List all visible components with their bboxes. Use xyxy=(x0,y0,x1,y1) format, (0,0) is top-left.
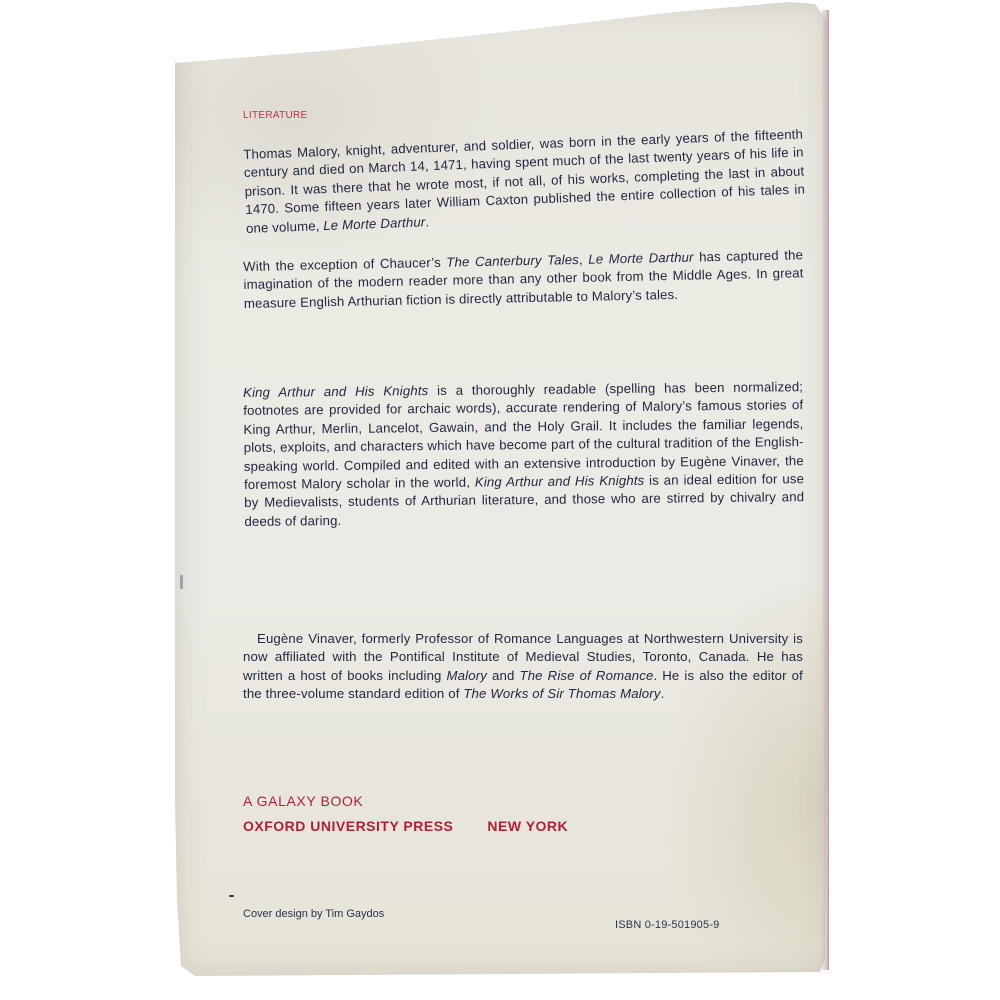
paragraph-text: , xyxy=(579,252,589,267)
paragraph-text: With the exception of Chaucer’s xyxy=(243,255,446,274)
paragraph-text: and xyxy=(487,668,519,683)
cover-design-credit: Cover design by Tim Gaydos xyxy=(243,908,384,920)
blurb-paragraph: King Arthur and His Knights is a thoroug… xyxy=(243,378,805,531)
publisher-city: NEW YORK xyxy=(487,818,568,834)
italic-title-text: Le Morte Darthur xyxy=(323,214,426,233)
italic-title-text: The Canterbury Tales xyxy=(446,252,579,270)
book-spine-edge xyxy=(822,10,829,970)
paragraph-text: . xyxy=(661,686,665,701)
publisher-name: OXFORD UNIVERSITY PRESS xyxy=(243,818,453,834)
publisher-imprint: A GALAXY BOOK OXFORD UNIVERSITY PRESSNEW… xyxy=(243,793,568,834)
italic-title-text: The Rise of Romance xyxy=(519,668,653,683)
paper-blemish xyxy=(229,895,234,897)
isbn-number: ISBN 0-19-501905-9 xyxy=(615,919,720,931)
category-label: LITERATURE xyxy=(243,110,308,121)
italic-title-text: The Works of Sir Thomas Mal­ory xyxy=(463,686,660,701)
italic-title-text: Malory xyxy=(447,668,487,683)
italic-title-text: Le Morte Darthur xyxy=(588,250,694,267)
series-name: A GALAXY BOOK xyxy=(243,793,568,809)
author-bio-paragraph: Eugène Vinaver, formerly Professor of Ro… xyxy=(243,630,803,704)
paper-blemish xyxy=(180,575,183,589)
publisher-line: OXFORD UNIVERSITY PRESSNEW YORK xyxy=(243,818,568,834)
photo-stage: LITERATURE Thomas Malory, knight, advent… xyxy=(0,0,1000,1000)
paragraph-text: . xyxy=(425,214,429,229)
italic-title-text: King Arthur and His Knights xyxy=(243,383,428,400)
italic-title-text: King Arthur and His Knights xyxy=(475,473,645,490)
blurb-paragraph: With the exception of Chaucer’s The Cant… xyxy=(243,246,804,313)
